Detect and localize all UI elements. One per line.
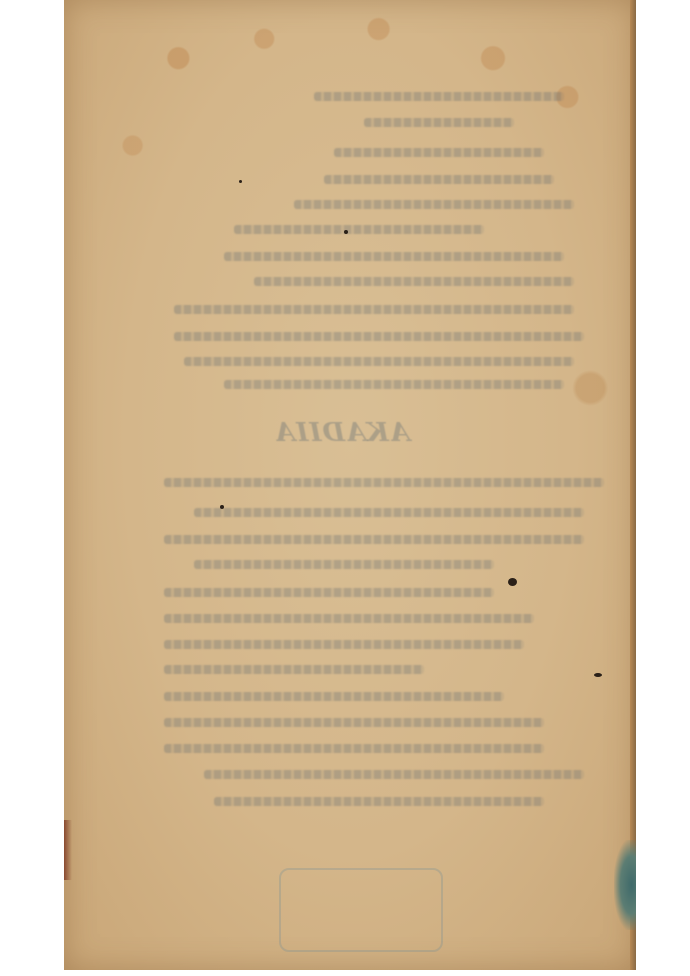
show-through-line	[334, 148, 544, 157]
show-through-line	[364, 118, 514, 127]
show-through-line	[164, 478, 604, 487]
show-through-line	[204, 770, 584, 779]
ink-speck	[239, 180, 242, 183]
show-through-line	[324, 175, 554, 184]
show-through-line	[164, 588, 494, 597]
edge-stain	[64, 820, 72, 880]
show-through-line	[224, 380, 564, 389]
mirrored-heading: AKADIIA	[274, 418, 410, 448]
show-through-line	[174, 305, 574, 314]
show-through-line	[314, 92, 564, 101]
show-through-line	[164, 535, 584, 544]
ink-speck	[344, 230, 348, 234]
show-through-line	[164, 718, 544, 727]
page-edge	[630, 0, 636, 970]
show-through-line	[254, 277, 574, 286]
mold-stain	[614, 840, 636, 930]
ink-speck	[594, 673, 602, 677]
show-through-line	[164, 692, 504, 701]
show-through-line	[164, 744, 544, 753]
show-through-line	[164, 640, 524, 649]
show-through-line	[194, 508, 584, 517]
show-through-line	[214, 797, 544, 806]
scanned-page: AKADIIA	[64, 0, 636, 970]
show-through-line	[234, 225, 484, 234]
ink-speck	[220, 505, 224, 509]
library-stamp	[279, 868, 443, 952]
ink-speck	[508, 578, 517, 586]
show-through-line	[164, 614, 534, 623]
show-through-line	[174, 332, 584, 341]
show-through-line	[224, 252, 564, 261]
show-through-text	[64, 0, 636, 970]
show-through-line	[164, 665, 424, 674]
show-through-line	[194, 560, 494, 569]
show-through-line	[294, 200, 574, 209]
show-through-line	[184, 357, 574, 366]
